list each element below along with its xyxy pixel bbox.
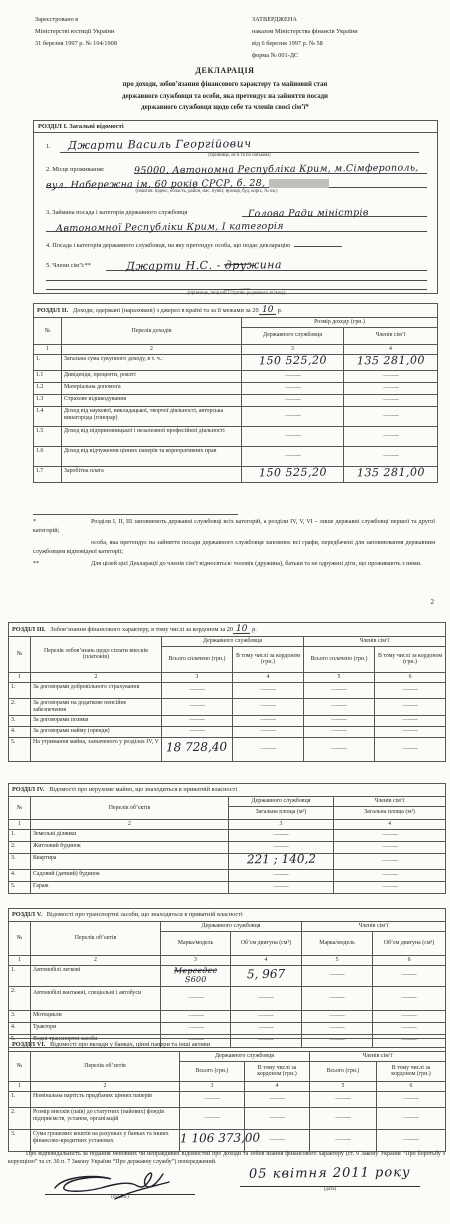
table-row: 5.Гараж — — xyxy=(9,881,446,893)
table-row: 1.Автомобілі легкові Мерседес S600 5, 96… xyxy=(9,965,446,986)
section3-financial-obligations: РОЗДІЛ III. Зобов’язання фінансового хар… xyxy=(8,622,445,762)
salary-civil: 150 525,20 xyxy=(258,469,326,477)
approval-stamp-line: від 6 березня 1997 р. № 58 xyxy=(252,38,358,50)
registration-stamp: Зареєстровано в Міністерстві юстиції Укр… xyxy=(35,14,117,50)
section2-incomes: РОЗДІЛ II. Доходи, одержані (нараховані)… xyxy=(33,303,437,483)
table-row: 1.7 Заробітна плата 150 525,20 135 281,0… xyxy=(34,466,438,482)
footnote-1: Розділи I, II, III заповнюють державні с… xyxy=(33,518,435,534)
table-row: 1.4 Доход від наукової, викладацької, тв… xyxy=(34,406,438,426)
section3-year-handwritten: 10 xyxy=(233,625,251,634)
field-full-name: 1. Джарти Василь Георгійович (прізвище, … xyxy=(46,135,427,157)
table-row: 4.Трактори — — — — xyxy=(9,1022,446,1034)
redaction-box xyxy=(269,179,329,188)
section3-title: РОЗДІЛ III. Зобов’язання фінансового хар… xyxy=(9,623,446,637)
footnotes: * Розділи I, II, III заповнюють державні… xyxy=(33,514,435,573)
car-engine-handwritten: 5, 967 xyxy=(247,971,285,978)
maintenance-amount-handwritten: 18 728,40 xyxy=(166,744,227,752)
section2-title: РОЗДІЛ II. Доходи, одержані (нараховані)… xyxy=(34,304,438,318)
section4-title: РОЗДІЛ IV. Відомості про нерухоме майно,… xyxy=(9,784,446,797)
table-row: 2.За договорами на додаткове пенсійне за… xyxy=(9,698,446,715)
registration-stamp-line: Зареєстровано в xyxy=(35,14,117,26)
registration-stamp-line: 31 березня 1997 р. № 104/1908 xyxy=(35,38,117,50)
table-row: 1.За договорами добровільного страхуванн… xyxy=(9,682,446,698)
signature xyxy=(45,1166,195,1200)
table-row: 3.За договорами позики — — — — xyxy=(9,715,446,726)
section6-bank-assets: РОЗДІЛ VI. Відомості про вклади у банках… xyxy=(8,1038,445,1152)
current-position-handwritten-2: Автономної Республіки Крим, I категорія xyxy=(56,221,284,234)
footnote-3: Для цілей цієї Декларації до членів сім’… xyxy=(91,560,422,567)
table-row: 4.За договорами найму (оренди) — — — — xyxy=(9,726,446,737)
field-current-position: 3. Займана посада і категорія державного… xyxy=(46,203,427,234)
full-name-caption: (прізвище, ім’я та по батькові) xyxy=(60,153,419,159)
table-row: 1.3 Страхове відшкодування — — xyxy=(34,394,438,406)
table-row: 1. Загальна сума сукупного доходу, в т. … xyxy=(34,354,438,370)
table-row: 1.Номінальна вартість придбаних цінних п… xyxy=(9,1091,446,1107)
approval-stamp-line: наказом Міністерства фінансів України xyxy=(252,26,358,38)
signature-block: (підпис) xyxy=(45,1168,195,1200)
table-row: 2.Автомобілі вантажні, спеціальні і авто… xyxy=(9,986,446,1010)
table-row: 3.Сума грошових коштів на рахунках у бан… xyxy=(9,1129,446,1151)
table-row: 1.6 Доход від відчуження цінних паперів … xyxy=(34,446,438,466)
footnote-star1: * xyxy=(33,518,36,527)
section1-heading: РОЗДІЛ I. Загальні відомості xyxy=(34,121,437,133)
section4-real-estate: РОЗДІЛ IV. Відомості про нерухоме майно,… xyxy=(8,783,445,894)
residence-label: 2. Місце проживання: xyxy=(46,166,104,173)
page-number: 2 xyxy=(431,598,435,606)
field-full-name-number: 1. xyxy=(46,143,51,150)
field-residence: 2. Місце проживання: 95000, Автономна Ре… xyxy=(46,159,427,201)
field-family-members: 5. Члени сім’ї:** Джарти Н.С. - дружина … xyxy=(46,256,427,298)
table-row: 1.Земельні ділянки — — xyxy=(9,829,446,841)
title-main: ДЕКЛАРАЦІЯ xyxy=(0,66,450,75)
car-brand-handwritten: Мерседес xyxy=(174,967,217,975)
approval-stamp: ЗАТВЕРДЖЕНА наказом Міністерства фінансі… xyxy=(252,14,358,62)
section6-table: РОЗДІЛ VI. Відомості про вклади у банках… xyxy=(8,1038,446,1152)
section3-table: РОЗДІЛ III. Зобов’язання фінансового хар… xyxy=(8,622,446,762)
applied-position-label: 4. Посада і категорія державного службов… xyxy=(46,242,290,249)
section2-year-handwritten: 10 xyxy=(259,306,277,315)
income-total-civil: 150 525,20 xyxy=(258,357,326,365)
table-row: 2.Житловий будинок — — xyxy=(9,841,446,853)
table-row: 1.2 Матеріальна допомога — — xyxy=(34,382,438,394)
title-sub2: державного службовця та особи, яка прете… xyxy=(0,91,450,103)
date-caption: (дата) xyxy=(240,1187,420,1192)
empty-dash xyxy=(223,288,249,290)
col-family: Членів сім’ї xyxy=(344,327,438,344)
apartment-area-handwritten: 221 ; 140,2 xyxy=(246,856,315,864)
col-income-list: Перелік доходів xyxy=(62,318,242,345)
section2-table: РОЗДІЛ II. Доходи, одержані (нараховані)… xyxy=(33,303,438,483)
date-handwritten: 05 квітня 2011 року xyxy=(249,1165,411,1182)
current-position-label: 3. Займана посада і категорія державного… xyxy=(46,209,187,216)
salary-family: 135 281,00 xyxy=(356,469,424,477)
declaration-scan: Зареєстровано в Міністерстві юстиції Укр… xyxy=(0,0,450,1224)
section5-vehicles: РОЗДІЛ V. Відомості про транспортні засо… xyxy=(8,908,445,1048)
income-total-family: 135 281,00 xyxy=(356,357,424,365)
family-members-label: 5. Члени сім’ї:** xyxy=(46,262,91,269)
title-sub1: про доходи, зобов’язання фінансового хар… xyxy=(0,79,450,91)
document-title: ДЕКЛАРАЦІЯ про доходи, зобов’язання фіна… xyxy=(0,66,450,114)
bank-amount-handwritten: 1 106 373,00 xyxy=(180,1135,260,1143)
table-row: 1.1 Дивіденди, проценти, роялті — — xyxy=(34,370,438,382)
section1-general-info: РОЗДІЛ I. Загальні відомості 1. Джарти В… xyxy=(33,120,438,294)
col-civil-servant: Державного службовця xyxy=(242,327,344,344)
section6-title: РОЗДІЛ VI. Відомості про вклади у банках… xyxy=(9,1039,446,1052)
date-block: 05 квітня 2011 року (дата) xyxy=(240,1164,420,1192)
col-income-size: Розмір доходу (грн.) xyxy=(242,318,438,328)
footnote-rule xyxy=(33,514,238,515)
field-applied-position: 4. Посада і категорія державного службов… xyxy=(46,234,427,256)
registration-stamp-line: Міністерстві юстиції України xyxy=(35,26,117,38)
section5-title: РОЗДІЛ V. Відомості про транспортні засо… xyxy=(9,909,446,922)
residence-caption: (поштов. індекс, область, район, нас. пу… xyxy=(46,189,367,195)
section5-table: РОЗДІЛ V. Відомості про транспортні засо… xyxy=(8,908,446,1048)
table-row: 5.На утримання майна, зазначеного у розд… xyxy=(9,737,446,761)
section4-table: РОЗДІЛ IV. Відомості про нерухоме майно,… xyxy=(8,783,446,894)
table-row: 3.Квартира 221 ; 140,2 — xyxy=(9,853,446,869)
table-row: 4.Садовий (дачний) будинок — — xyxy=(9,869,446,881)
approval-stamp-line: ЗАТВЕРДЖЕНА xyxy=(252,14,358,26)
title-sub3: державного службовця щодо себе та членів… xyxy=(0,102,450,114)
table-row: 3.Мотоцикли — — — — xyxy=(9,1010,446,1022)
footnote-star2: ** xyxy=(33,560,39,569)
table-row: 1.5 Доход від підприємницької і незалежн… xyxy=(34,426,438,446)
full-name-handwritten: Джарти Василь Георгійович xyxy=(68,137,252,152)
table-row: 2.Розмір внесків (паїв) до статутних (па… xyxy=(9,1107,446,1129)
approval-stamp-line: форма № 001-ДС xyxy=(252,50,358,62)
car-model-handwritten: S600 xyxy=(185,976,207,984)
family-members-caption: (прізвище, ініціали і ступінь родинного … xyxy=(46,291,427,297)
footnote-2: особа, яка претендує на зайняття посади … xyxy=(33,539,435,555)
col-no: № xyxy=(34,318,62,345)
